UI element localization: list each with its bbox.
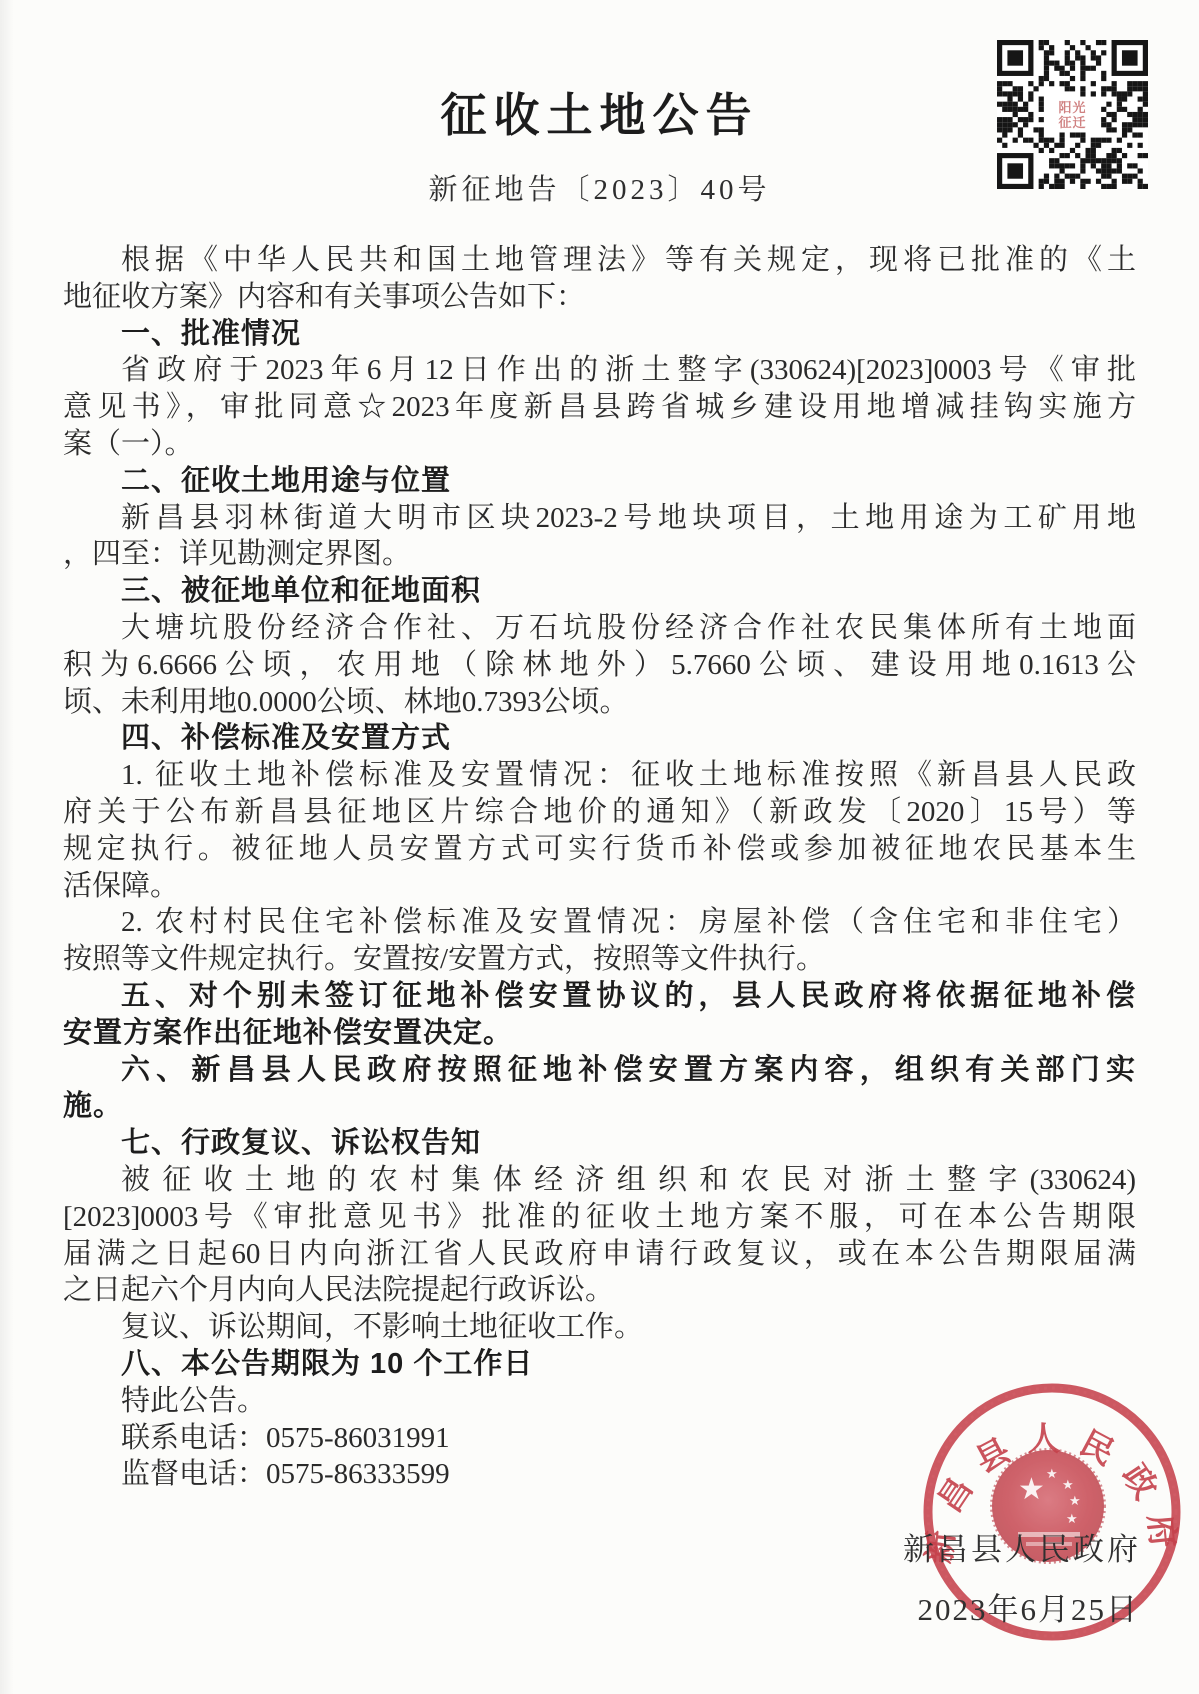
- body-line: 大塘坑股份经济合作社、万石坑股份经济合作社农民集体所有土地面: [63, 610, 1136, 647]
- body-line: 活保障。: [63, 868, 1136, 905]
- body-line: 案（一）。: [63, 426, 1136, 463]
- body-line: 三、被征地单位和征地面积: [63, 573, 1136, 610]
- body-line: 新昌县羽林街道大明市区块2023-2号地块项目，土地用途为工矿用地: [63, 500, 1136, 537]
- body-line: 二、征收土地用途与位置: [63, 463, 1136, 500]
- emblem-star-small-3: ★: [1069, 1493, 1081, 1508]
- body-line: 府关于公布新昌县征地区片综合地价的通知》（新政发〔2020〕15号）等: [63, 794, 1136, 831]
- body-line: 七、行政复议、诉讼权告知: [63, 1125, 1136, 1162]
- body-line: 意见书》，审批同意☆2023年度新昌县跨省城乡建设用地增减挂钩实施方: [63, 389, 1136, 426]
- body-line: 施。: [63, 1088, 1136, 1125]
- announcement-page: 阳光 征迁 征收土地公告 新征地告〔2023〕40号 根据《中华人民共和国土地管…: [0, 0, 1199, 1694]
- emblem-star-small-1: ★: [1046, 1466, 1058, 1481]
- body-line: 顷、未利用地0.0000公顷、林地0.7393公顷。: [63, 684, 1136, 721]
- body-line: [2023]0003号《审批意见书》批准的征收土地方案不服，可在本公告期限: [63, 1199, 1136, 1236]
- document-number: 新征地告〔2023〕40号: [0, 172, 1199, 208]
- body-line: 一、批准情况: [63, 316, 1136, 353]
- body-line: 1. 征收土地补偿标准及安置情况：征收土地标准按照《新昌县人民政: [63, 757, 1136, 794]
- body-line: 之日起六个月内向人民法院提起行政诉讼。: [63, 1272, 1136, 1309]
- body-line: 省政府于2023年6月12日作出的浙土整字(330624)[2023]0003号…: [63, 352, 1136, 389]
- body-line: 五、对个别未签订征地补偿安置协议的，县人民政府将依据征地补偿: [63, 978, 1136, 1015]
- body-line: 2. 农村村民住宅补偿标准及安置情况：房屋补偿（含住宅和非住宅）: [63, 904, 1136, 941]
- body-line: 按照等文件规定执行。安置按/安置方式，按照等文件执行。: [63, 941, 1136, 978]
- emblem-star-large: ★: [1018, 1473, 1045, 1506]
- body-line: ，四至：详见勘测定界图。: [63, 536, 1136, 573]
- issue-date: 2023年6月25日: [918, 1584, 1140, 1629]
- document-body: 根据《中华人民共和国土地管理法》等有关规定，现将已批准的《土地征收方案》内容和有…: [63, 242, 1136, 1493]
- body-line: 六、新昌县人民政府按照征地补偿安置方案内容，组织有关部门实: [63, 1052, 1136, 1089]
- emblem-star-small-2: ★: [1062, 1477, 1074, 1492]
- body-line: 届满之日起60日内向浙江省人民政府申请行政复议，或在本公告期限届满: [63, 1236, 1136, 1273]
- document-title: 征收土地公告: [0, 88, 1199, 142]
- body-line: 被征收土地的农村集体经济组织和农民对浙土整字(330624): [63, 1162, 1136, 1199]
- body-line: 复议、诉讼期间，不影响土地征收工作。: [63, 1309, 1136, 1346]
- body-line: 四、补偿标准及安置方式: [63, 720, 1136, 757]
- body-line: 地征收方案》内容和有关事项公告如下：: [63, 279, 1136, 316]
- body-line: 积为6.6666公顷，农用地（除林地外）5.7660公顷、建设用地0.1613公: [63, 647, 1136, 684]
- body-line: 根据《中华人民共和国土地管理法》等有关规定，现将已批准的《土: [63, 242, 1136, 279]
- body-line: 规定执行。被征地人员安置方式可实行货币补偿或参加被征地农民基本生: [63, 831, 1136, 868]
- scan-edge-shadow: [0, 0, 14, 1694]
- body-line: 安置方案作出征地补偿安置决定。: [63, 1015, 1136, 1052]
- issuer-signature: 新昌县人民政府: [903, 1524, 1141, 1569]
